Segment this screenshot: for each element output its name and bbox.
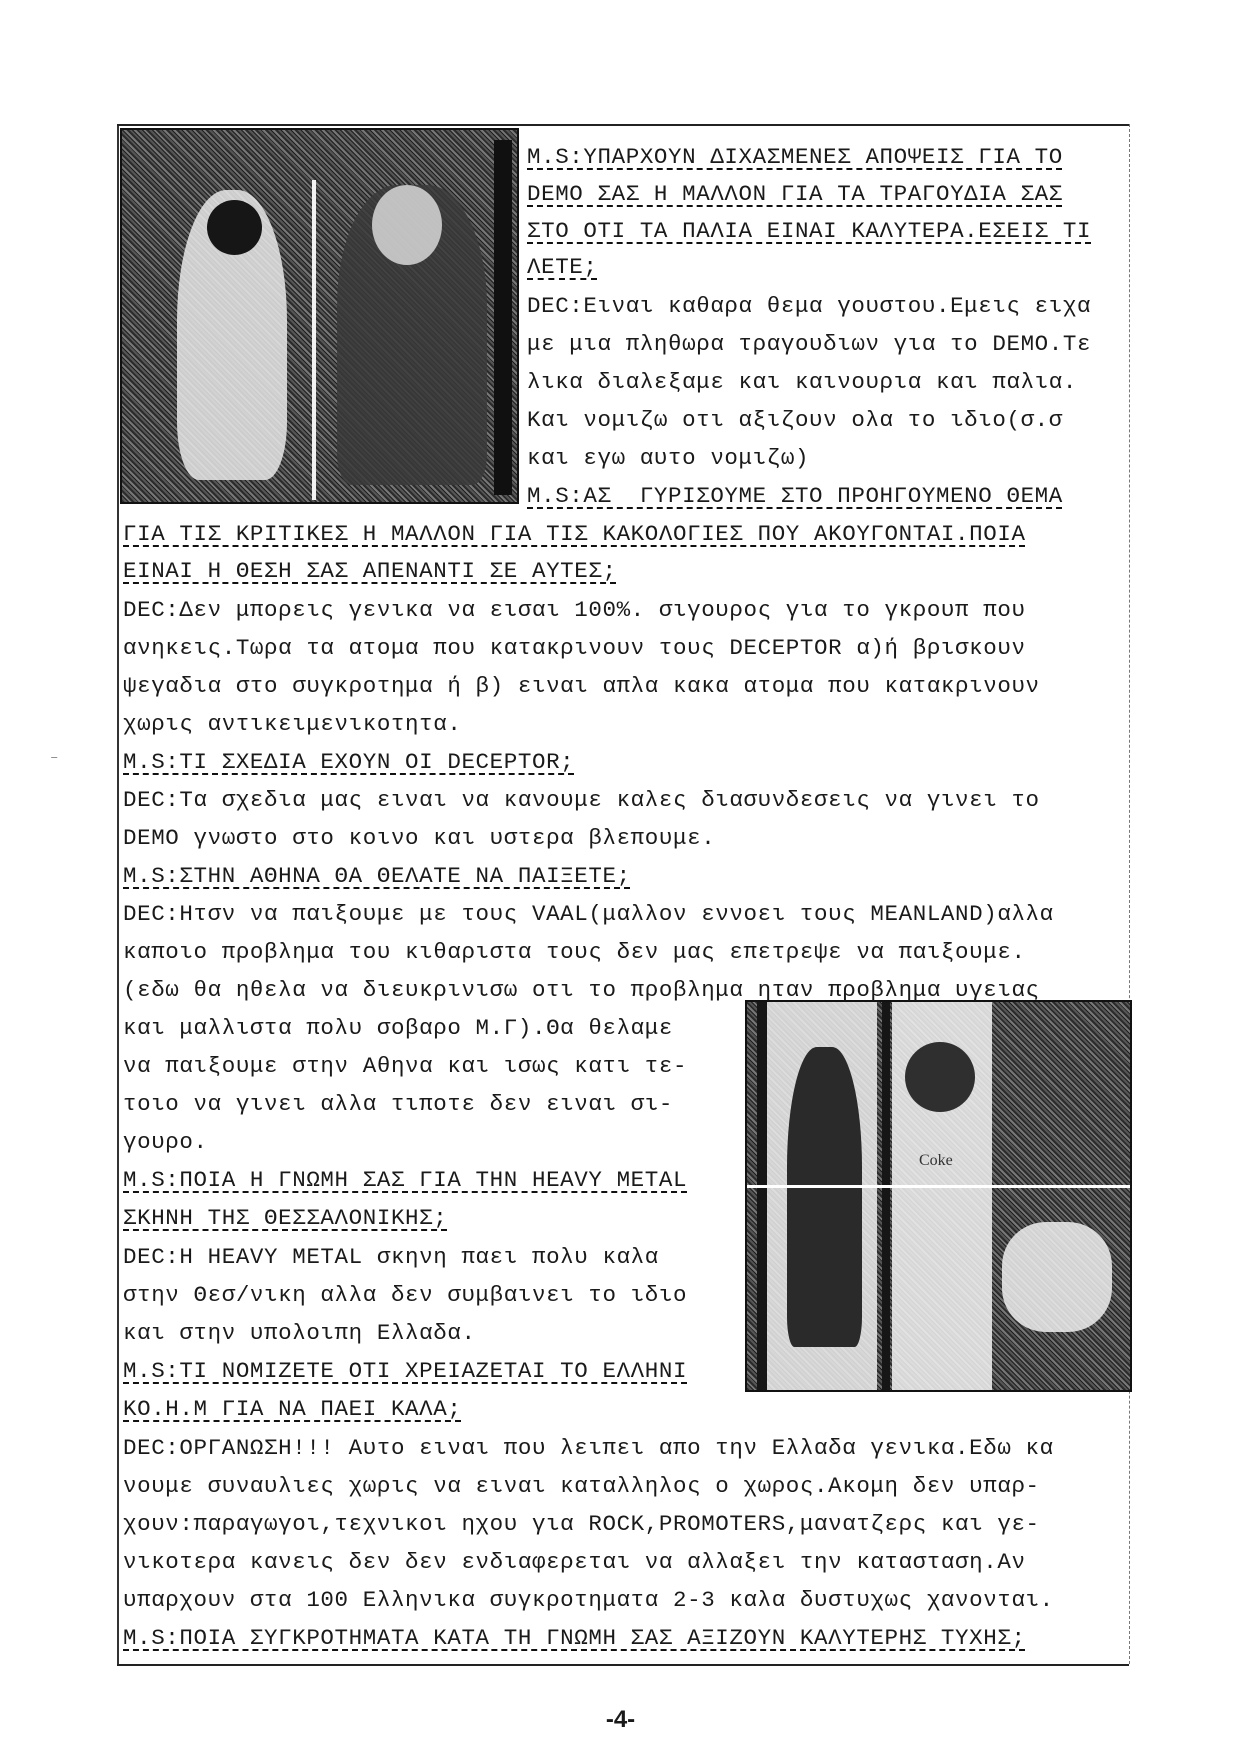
interviewer-question-line: ΛΕΤΕ; (527, 253, 598, 281)
band-answer-line: γουρο. (123, 1128, 208, 1156)
band-answer-line: DEMO γνωστο στο κοινο και υστερα βλεπουμ… (123, 824, 715, 852)
band-answer-line: DEC:Ητσν να παιξουμε με τους VAAL(μαλλον… (123, 900, 1054, 928)
band-answer-line: τοιο να γινει αλλα τιποτε δεν ειναι σι- (123, 1090, 673, 1118)
interviewer-question-line: ΕΙΝΑΙ Η ΘΕΣΗ ΣΑΣ ΑΠΕΝΑΝΤΙ ΣΕ ΑΥΤΕΣ; (123, 557, 617, 585)
band-answer-line: χουν:παραγωγοι,τεχνικοι ηχου για ROCK,PR… (123, 1510, 1040, 1538)
band-answer-line: DEC:ΟΡΓΑΝΩΣΗ!!! Αυτο ειναι που λειπει απ… (123, 1434, 1054, 1462)
band-answer-line: λικα διαλεξαμε και καινουρια και παλια. (527, 368, 1077, 396)
band-answer-line: DEC:Η HEAVY METAL σκηνη παει πολυ καλα (123, 1243, 659, 1271)
interviewer-question-line: M.S:ΤΙ ΝΟΜΙΖΕΤΕ ΟΤΙ ΧΡΕΙΑΖΕΤΑΙ ΤΟ ΕΛΛΗΝΙ (123, 1357, 687, 1385)
interviewer-question-line: ΣΤΟ ΟΤΙ ΤΑ ΠΑΛΙΑ ΕΙΝΑΙ ΚΑΛΥΤΕΡΑ.ΕΣΕΙΣ ΤΙ (527, 217, 1091, 245)
interviewer-question-line: M.S:ΤΙ ΣΧΕΔΙΑ ΕΧΟΥΝ ΟΙ DECEPTOR; (123, 748, 574, 776)
band-answer-line: ανηκεις.Τωρα τα ατομα που κατακρινουν το… (123, 634, 1026, 662)
band-photo-top (120, 128, 519, 504)
interviewer-question-line: ΣΚΗΝΗ ΤΗΣ ΘΕΣΣΑΛΟΝΙΚΗΣ; (123, 1204, 447, 1232)
page-number: -4- (0, 1706, 1241, 1734)
band-answer-line: νικοτερα κανεις δεν δεν ενδιαφερεται να … (123, 1548, 1026, 1576)
interviewer-question-line: M.S:ΥΠΑΡΧΟΥΝ ΔΙΧΑΣΜΕΝΕΣ ΑΠΟΨΕΙΣ ΓΙΑ ΤΟ (527, 143, 1063, 171)
interviewer-question-line: M.S:ΑΣ ΓΥΡΙΣΟΥΜΕ ΣΤΟ ΠΡΟΗΓΟΥΜΕΝΟ ΘΕΜΑ (527, 482, 1063, 510)
band-answer-line: και εγω αυτο νομιζω) (527, 444, 809, 472)
band-answer-line: DEC:Δεν μπορεις γενικα να εισαι 100%. σι… (123, 596, 1026, 624)
interviewer-question-line: M.S:ΠΟΙΑ ΣΥΓΚΡΟΤΗΜΑΤΑ ΚΑΤΑ ΤΗ ΓΝΩΜΗ ΣΑΣ … (123, 1624, 1026, 1652)
interviewer-question-line: M.S:ΣΤΗΝ ΑΘΗΝΑ ΘΑ ΘΕΛΑΤΕ ΝΑ ΠΑΙΞΕΤΕ; (123, 862, 631, 890)
interviewer-question-line: DEMO ΣΑΣ Η ΜΑΛΛΟΝ ΓΙΑ ΤΑ ΤΡΑΓΟΥΔΙΑ ΣΑΣ (527, 180, 1063, 208)
band-answer-line: (εδω θα ηθελα να διευκρινισω οτι το προβ… (123, 976, 1040, 1004)
band-answer-line: υπαρχουν στα 100 Ελληνικα συγκροτηματα 2… (123, 1586, 1054, 1614)
band-answer-line: χωρις αντικειμενικοτητα. (123, 710, 461, 738)
band-answer-line: και στην υπολοιπη Ελλαδα. (123, 1319, 476, 1347)
interviewer-question-line: ΓΙΑ ΤΙΣ ΚΡΙΤΙΚΕΣ Η ΜΑΛΛΟΝ ΓΙΑ ΤΙΣ ΚΑΚΟΛΟ… (123, 520, 1026, 548)
band-answer-line: Και νομιζω οτι αξιζουν ολα το ιδιο(σ.σ (527, 406, 1063, 434)
band-answer-line: DEC:Ειναι καθαρα θεμα γουστου.Εμεις ειχα (527, 292, 1091, 320)
bottom-rule (117, 1664, 1129, 1666)
band-answer-line: DEC:Τα σχεδια μας ειναι να κανουμε καλες… (123, 786, 1040, 814)
band-answer-line: νουμε συναυλιες χωρις να ειναι καταλληλο… (123, 1472, 1040, 1500)
scan-mark: – (50, 750, 58, 766)
band-answer-line: καποιο προβλημα του κιθαριστα τους δεν μ… (123, 938, 1026, 966)
interviewer-question-line: M.S:ΠΟΙΑ Η ΓΝΩΜΗ ΣΑΣ ΓΙΑ ΤΗΝ HEAVY METAL (123, 1166, 687, 1194)
band-photo-bottom: Coke (745, 1000, 1132, 1392)
band-answer-line: με μια πληθωρα τραγουδιων για το DEMO.Τε (527, 330, 1091, 358)
band-answer-line: και μαλλιστα πολυ σοβαρο M.Γ).Θα θελαμε (123, 1014, 673, 1042)
interviewer-question-line: ΚΟ.Η.Μ ΓΙΑ ΝΑ ΠΑΕΙ ΚΑΛΑ; (123, 1395, 461, 1423)
top-rule (117, 124, 1129, 126)
band-answer-line: ψεγαδια στο συγκροτημα ή β) ειναι απλα κ… (123, 672, 1040, 700)
shirt-logo-text: Coke (919, 1152, 953, 1170)
band-answer-line: να παιξουμε στην Αθηνα και ισως κατι τε- (123, 1052, 687, 1080)
band-answer-line: στην Θεσ/νικη αλλα δεν συμβαινει το ιδιο (123, 1281, 687, 1309)
